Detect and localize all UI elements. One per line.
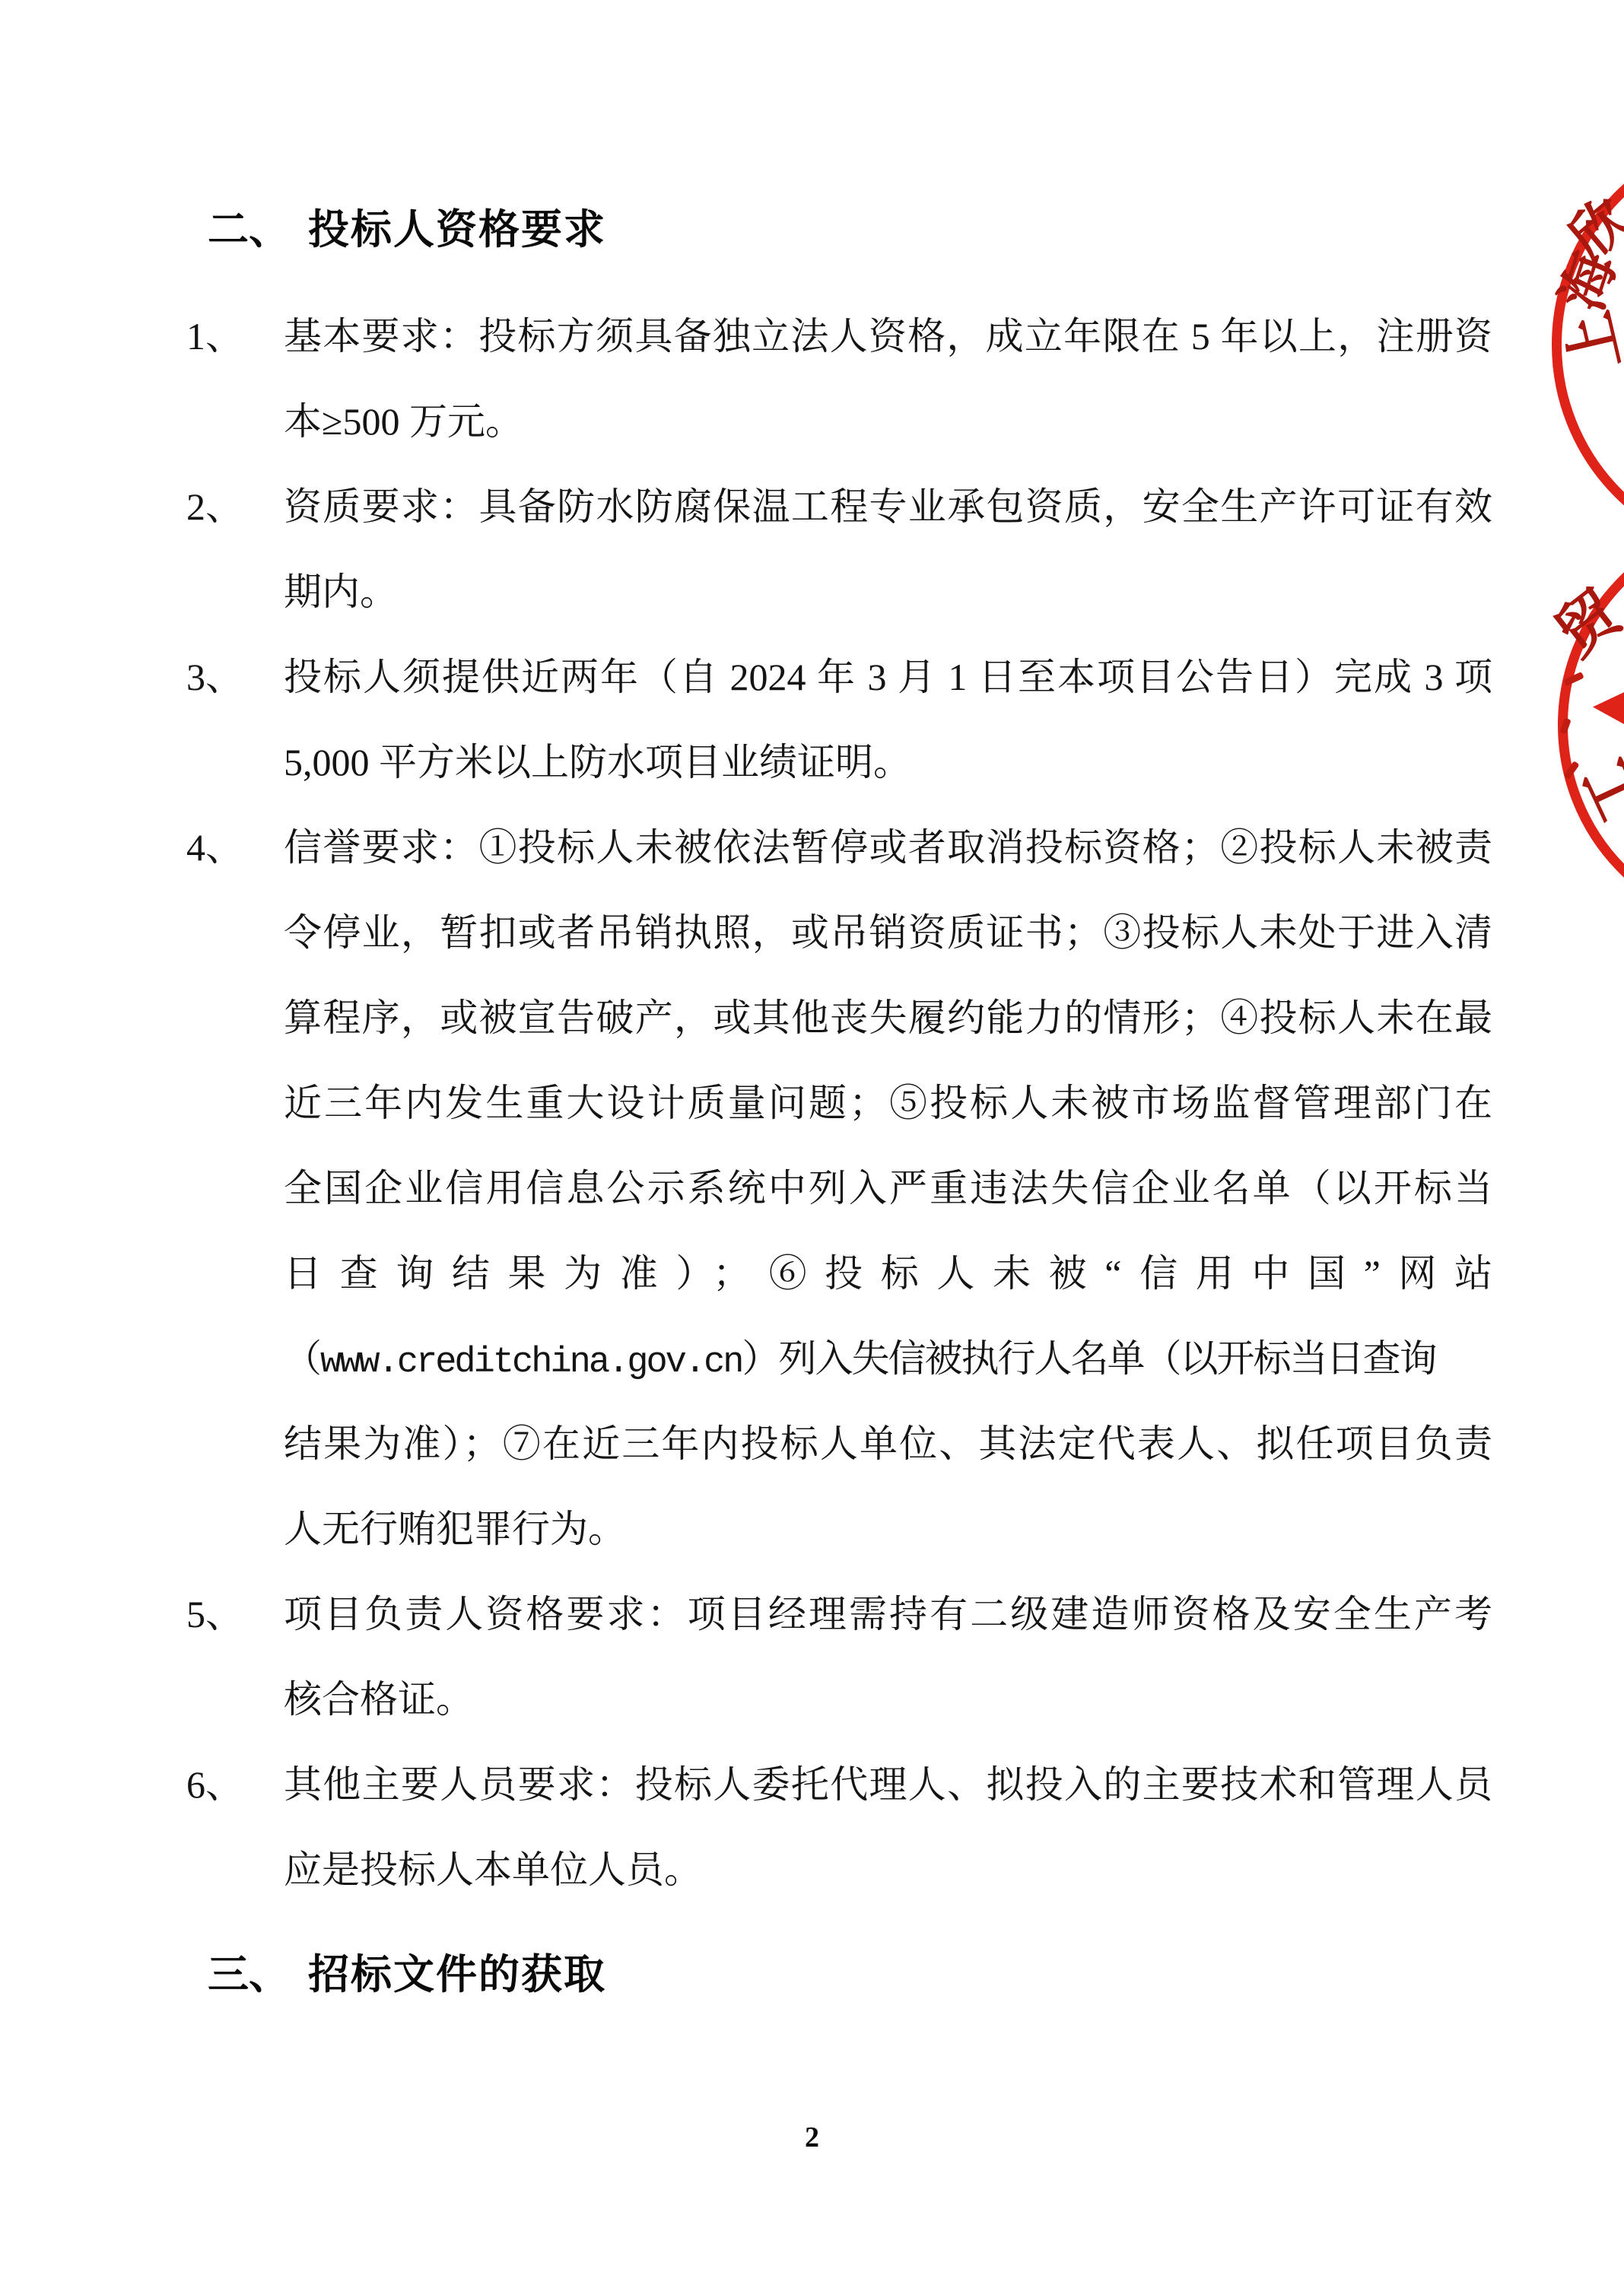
line-text: 信誉要求：①投标人未被依法暂停或者取消投标资格；②投标人未被责 <box>284 826 1492 869</box>
list-item-line: 人无行贿犯罪行为。 <box>0 1486 1624 1572</box>
heading-title: 招标文件的获取 <box>308 1952 606 1998</box>
list-item-number: 4、 <box>186 805 243 890</box>
line-text: 本≥500 万元。 <box>284 400 523 443</box>
line-text: 基本要求：投标方须具备独立法人资格，成立年限在 5 年以上，注册资 <box>284 315 1492 358</box>
list-item-number: 3、 <box>186 634 243 720</box>
list-item-line: 1、基本要求：投标方须具备独立法人资格，成立年限在 5 年以上，注册资 <box>0 294 1624 379</box>
line-text: 日查询结果为准）；⑥投标人未被“信用中国”网站 <box>284 1252 1492 1295</box>
heading-title: 投标人资格要求 <box>308 207 606 253</box>
line-text: 近三年内发生重大设计质量问题；⑤投标人未被市场监督管理部门在 <box>284 1082 1492 1124</box>
line-text: 人无行贿犯罪行为。 <box>284 1508 626 1550</box>
line-text: 结果为准）；⑦在近三年内投标人单位、其法定代表人、拟任项目负责 <box>284 1422 1492 1465</box>
list-item-line: 算程序，或被宣告破产，或其他丧失履约能力的情形；④投标人未在最 <box>0 975 1624 1060</box>
page-number: 2 <box>0 2113 1624 2162</box>
heading-number: 二、 <box>208 207 290 253</box>
section-heading: 二、投标人资格要求 <box>0 187 1624 272</box>
list-item-line: 2、资质要求：具备防水防腐保温工程专业承包资质，安全生产许可证有效 <box>0 464 1624 549</box>
list-item-number: 6、 <box>186 1742 243 1827</box>
list-item-line: 本≥500 万元。 <box>0 379 1624 464</box>
line-text: 期内。 <box>284 570 398 613</box>
line-text: ）列入失信被执行人名单（以开标当日查询 <box>742 1337 1436 1380</box>
document-page: 上海欣 贸工 二、投标人资格要求1、基本要求：投标方须具备独立法人资格，成立年限… <box>0 0 1624 2282</box>
list-item-number: 1、 <box>186 294 243 379</box>
line-text: 算程序，或被宣告破产，或其他丧失履约能力的情形；④投标人未在最 <box>284 996 1492 1039</box>
list-item-line: 3、投标人须提供近两年（自 2024 年 3 月 1 日至本项目公告日）完成 3… <box>0 634 1624 720</box>
list-item-line: 令停业，暂扣或者吊销执照，或吊销资质证书；③投标人未处于进入清 <box>0 890 1624 975</box>
list-item-line: （www.creditchina.gov.cn）列入失信被执行人名单（以开标当日… <box>0 1316 1624 1401</box>
list-item-line: 结果为准）；⑦在近三年内投标人单位、其法定代表人、拟任项目负责 <box>0 1401 1624 1486</box>
line-text: 令停业，暂扣或者吊销执照，或吊销资质证书；③投标人未处于进入清 <box>284 911 1492 954</box>
line-text: 5,000 平方米以上防水项目业绩证明。 <box>284 741 911 783</box>
heading-number: 三、 <box>208 1952 290 1998</box>
list-item-line: 5、项目负责人资格要求：项目经理需持有二级建造师资格及安全生产考 <box>0 1572 1624 1657</box>
line-text: 核合格证。 <box>284 1678 474 1721</box>
list-item-line: 核合格证。 <box>0 1657 1624 1742</box>
list-item-line: 6、其他主要人员要求：投标人委托代理人、拟投入的主要技术和管理人员 <box>0 1742 1624 1827</box>
line-text: 资质要求：具备防水防腐保温工程专业承包资质，安全生产许可证有效 <box>284 485 1492 528</box>
line-text: 应是投标人本单位人员。 <box>284 1848 702 1891</box>
document-body: 二、投标人资格要求1、基本要求：投标方须具备独立法人资格，成立年限在 5 年以上… <box>0 0 1624 2017</box>
list-item-line: 期内。 <box>0 549 1624 634</box>
line-text: 投标人须提供近两年（自 2024 年 3 月 1 日至本项目公告日）完成 3 项 <box>284 656 1492 698</box>
line-text: （ <box>284 1337 320 1380</box>
line-text: 其他主要人员要求：投标人委托代理人、拟投入的主要技术和管理人员 <box>284 1763 1492 1806</box>
list-item-line: 5,000 平方米以上防水项目业绩证明。 <box>0 720 1624 805</box>
list-item-line: 4、信誉要求：①投标人未被依法暂停或者取消投标资格；②投标人未被责 <box>0 805 1624 890</box>
list-item-line: 全国企业信用信息公示系统中列入严重违法失信企业名单（以开标当 <box>0 1146 1624 1231</box>
list-item-line: 近三年内发生重大设计质量问题；⑤投标人未被市场监督管理部门在 <box>0 1060 1624 1146</box>
list-item-number: 2、 <box>186 464 243 549</box>
list-item-number: 5、 <box>186 1572 243 1657</box>
list-item-line: 应是投标人本单位人员。 <box>0 1827 1624 1912</box>
list-item-line: 日查询结果为准）；⑥投标人未被“信用中国”网站 <box>0 1231 1624 1316</box>
url-text: www.creditchina.gov.cn <box>320 1343 742 1383</box>
line-text: 全国企业信用信息公示系统中列入严重违法失信企业名单（以开标当 <box>284 1167 1492 1209</box>
line-text: 项目负责人资格要求：项目经理需持有二级建造师资格及安全生产考 <box>284 1593 1492 1635</box>
section-heading: 三、招标文件的获取 <box>0 1932 1624 2017</box>
